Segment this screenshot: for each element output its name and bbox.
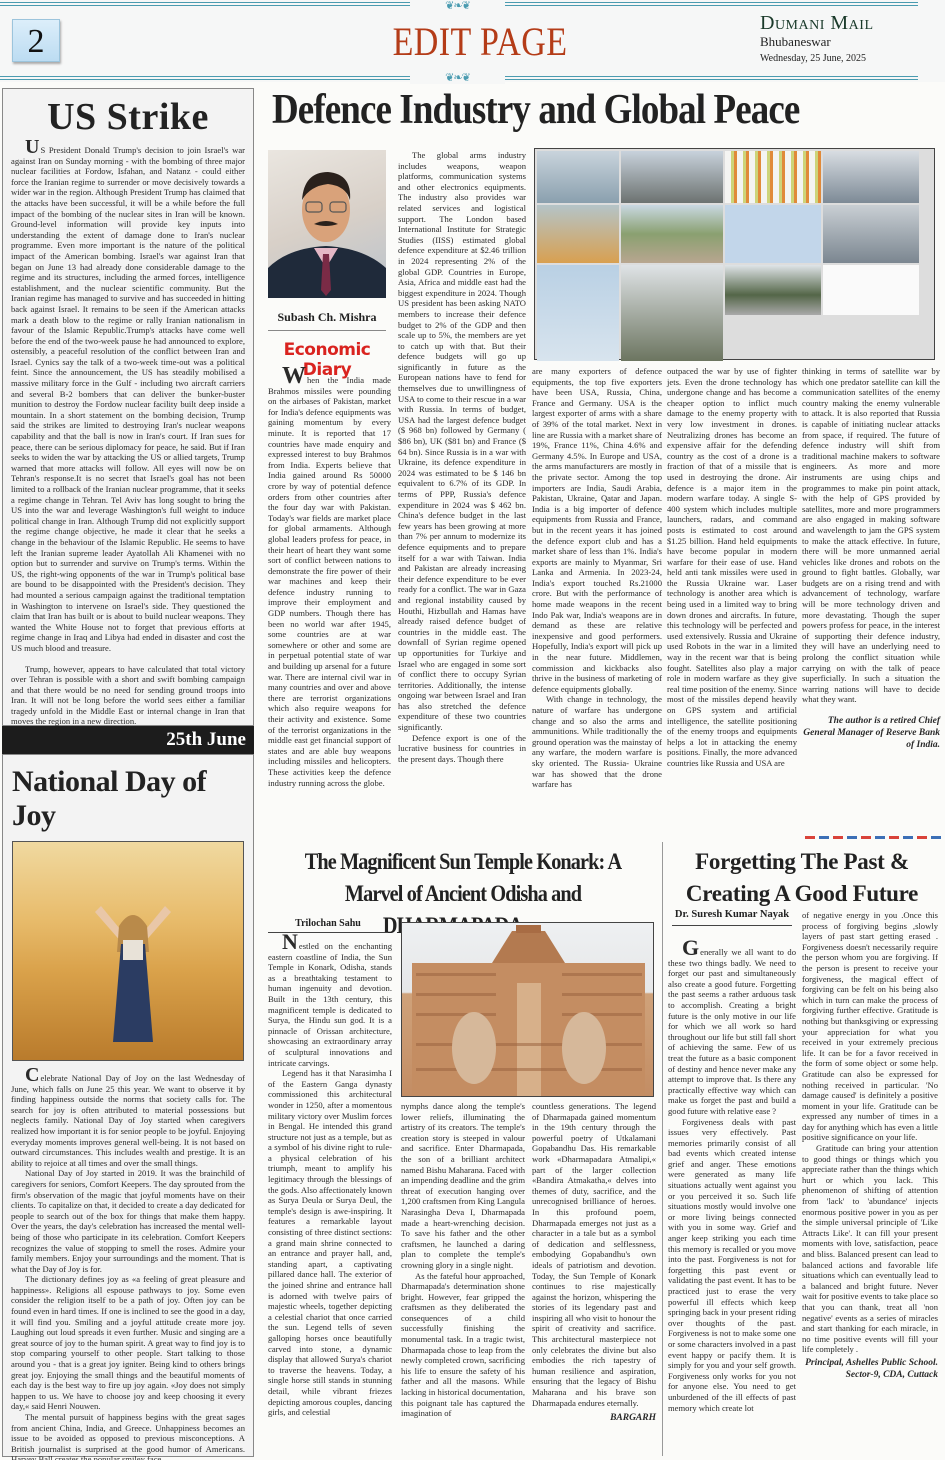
paragraph: estled on the enchanting eastern coastli… bbox=[268, 941, 392, 1068]
article-headline: US Strike bbox=[3, 95, 253, 139]
edition-date: Wednesday, 25 June, 2025 bbox=[760, 53, 866, 64]
ornament-icon: ❦❧❦ bbox=[410, 72, 505, 84]
temple-icon bbox=[402, 923, 654, 1097]
airmail-divider bbox=[805, 836, 943, 839]
paragraph: Defence export is one of the lucrative b… bbox=[398, 733, 526, 765]
konark-column-2: nymphs dance along the temple's lower re… bbox=[401, 1101, 525, 1419]
day-of-joy-article: National Day of Joy Celebrate National D… bbox=[2, 754, 254, 1457]
konark-column-3: countless generations. The legend of Dha… bbox=[532, 1101, 656, 1424]
page-number: 2 bbox=[12, 19, 60, 62]
konark-temple-photo bbox=[401, 922, 654, 1097]
author-note: Principal, Ashelles Public School. Secto… bbox=[802, 1357, 938, 1381]
author-photo bbox=[268, 150, 386, 298]
paragraph: hen the India made Brahmos missiles were… bbox=[268, 375, 391, 788]
paragraph: The global arms industry includes weapon… bbox=[398, 150, 526, 733]
paragraph: are many exporters of defence equipments… bbox=[532, 366, 662, 694]
author-portrait-icon bbox=[268, 150, 386, 298]
paragraph: The dictionary defines joy as «a feeling… bbox=[11, 1274, 245, 1412]
girl-figure-icon bbox=[93, 882, 173, 1061]
forgetting-column-1: Generally we all want to do these two th… bbox=[668, 942, 796, 1413]
paragraph: of negative energy in you .Once this pro… bbox=[802, 910, 938, 1143]
author-byline: Subash Ch. Mishra bbox=[268, 310, 386, 331]
destroyer-photo bbox=[823, 205, 919, 263]
konark-column-1: Nestled on the enchanting eastern coastl… bbox=[268, 936, 392, 1418]
defence-column-5: thinking in terms of satellite war by wh… bbox=[802, 366, 940, 751]
drop-cap: N bbox=[282, 929, 298, 954]
assault-rifles-photo bbox=[823, 265, 919, 315]
us-strike-article: US Strike US President Donald Trump's de… bbox=[2, 88, 254, 726]
section-title: EDIT PAGE bbox=[353, 18, 608, 65]
paragraph: countless generations. The legend of Dha… bbox=[532, 1101, 656, 1408]
author-note: The author is a retired Chief General Ma… bbox=[802, 715, 940, 751]
paragraph: nymphs dance along the temple's lower re… bbox=[401, 1101, 525, 1271]
paragraph: Legend has it that Narasimha I of the Ea… bbox=[268, 1068, 392, 1418]
defence-headline: Defence Industry and Global Peace bbox=[272, 86, 857, 134]
joy-photo bbox=[12, 841, 244, 1061]
masthead: ❦❧❦ ❦❧❦ 2 EDIT PAGE Dumani Mail Bhubanes… bbox=[0, 0, 945, 82]
defence-column-4: outpaced the war by use of fighter jets.… bbox=[667, 366, 797, 769]
defence-column-1: When the India made Brahmos missiles wer… bbox=[268, 370, 391, 788]
missile-launch-photo bbox=[537, 265, 619, 361]
drop-cap: G bbox=[682, 935, 699, 960]
article-headline: National Day of Joy bbox=[3, 765, 253, 833]
paragraph: Trump, however, appears to have calculat… bbox=[11, 664, 245, 728]
dateline-place: BARGARH bbox=[532, 1412, 656, 1424]
paragraph: Forgiveness deals with past issues very … bbox=[668, 1117, 796, 1414]
date-band: 25th June bbox=[2, 726, 254, 754]
fighter-jet-photo bbox=[725, 205, 821, 263]
radar-vehicle-photo bbox=[621, 265, 723, 361]
paragraph: Gratitude can bring your attention to go… bbox=[802, 1143, 938, 1355]
column-divider bbox=[662, 842, 663, 1456]
transport-aircraft-photo bbox=[823, 151, 919, 203]
article-body: Celebrate National Day of Joy on the las… bbox=[3, 1069, 253, 1460]
forgetting-column-2: of negative energy in you .Once this pro… bbox=[802, 910, 938, 1381]
stealth-drone-photo bbox=[725, 265, 821, 315]
defence-column-2: The global arms industry includes weapon… bbox=[398, 150, 526, 764]
author-byline: Dr. Suresh Kumar Nayak bbox=[672, 908, 792, 926]
paragraph: The mental pursuit of happiness begins w… bbox=[11, 1412, 245, 1460]
paragraph: As the fateful hour approached, Dharmapa… bbox=[401, 1271, 525, 1419]
artillery-shells-photo bbox=[725, 151, 821, 203]
forgetting-headline: Forgetting The Past & Creating A Good Fu… bbox=[662, 846, 942, 910]
submarine-photo bbox=[621, 151, 723, 203]
naval-vessel-photo bbox=[537, 205, 619, 263]
aircraft-carrier-photo bbox=[537, 151, 619, 203]
ornament-icon: ❦❧❦ bbox=[410, 0, 505, 12]
defence-collage bbox=[534, 148, 935, 360]
paragraph: outpaced the war by use of fighter jets.… bbox=[667, 366, 797, 769]
paragraph: With change in technology, the nature of… bbox=[532, 694, 662, 789]
paragraph: National Day of Joy started in 2019. It … bbox=[11, 1168, 245, 1274]
edition-city: Bhubaneswar bbox=[760, 34, 831, 50]
paragraph: elebrate National Day of Joy on the last… bbox=[11, 1073, 245, 1168]
battle-tank-photo bbox=[621, 205, 723, 263]
paragraph: thinking in terms of satellite war by wh… bbox=[802, 366, 940, 705]
paragraph: enerally we all want to do these two thi… bbox=[668, 947, 796, 1116]
article-body: US President Donald Trump's decision to … bbox=[3, 141, 253, 727]
defence-column-3: are many exporters of defence equipments… bbox=[532, 366, 662, 790]
paragraph: S President Donald Trump's decision to j… bbox=[11, 145, 245, 653]
newspaper-brand: Dumani Mail bbox=[760, 12, 874, 35]
